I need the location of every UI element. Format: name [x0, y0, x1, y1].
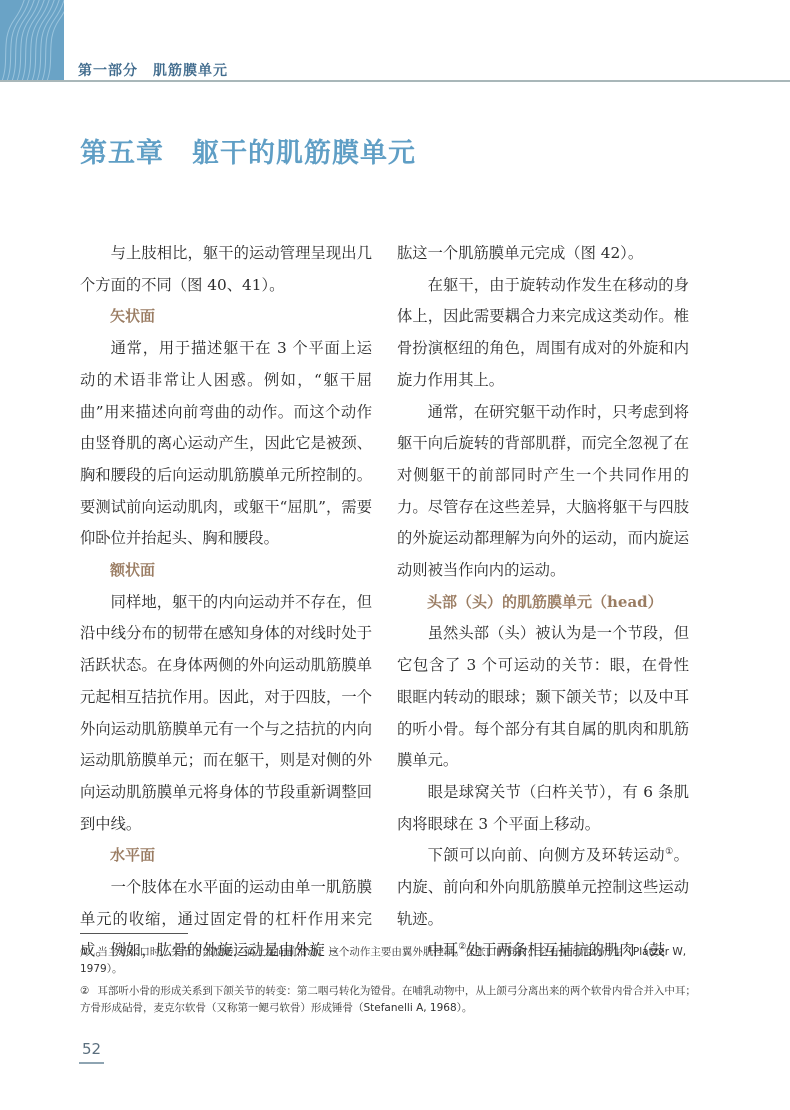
- wave-pattern-icon: [0, 0, 64, 81]
- section-heading-head: 头部（头）的肌筋膜单元（head）: [397, 587, 689, 619]
- left-column: 与上肢相比，躯干的运动管理呈现出几个方面的不同（图 40、41）。 矢状面 通常…: [80, 238, 372, 967]
- footnote-text: 当主动张口时，关节下部旋转，而上部向前滑动。这个动作主要由翼外肌控制。在张口的同…: [80, 946, 686, 975]
- paragraph: 在躯干，由于旋转动作发生在移动的身体上，因此需要耦合力来完成这类动作。椎骨扮演枢…: [397, 270, 689, 397]
- section-heading-frontal: 额状面: [80, 555, 372, 587]
- text-run: 下颌可以向前、向侧方及环转运动: [428, 846, 665, 864]
- section-heading-sagittal: 矢状面: [80, 301, 372, 333]
- paragraph: 下颌可以向前、向侧方及环转运动①。内旋、前向和外向肌筋膜单元控制这些运动轨迹。: [397, 840, 689, 935]
- footnote-2: ②耳部听小骨的形成关系到下颌关节的转变：第二咽弓转化为镫骨。在哺乳动物中，从上颌…: [80, 983, 705, 1017]
- header-rule-left: [0, 80, 64, 82]
- footnote-number: ①: [80, 946, 89, 958]
- section-heading-horizontal: 水平面: [80, 840, 372, 872]
- paragraph: 同样地，躯干的内向运动并不存在，但沿中线分布的韧带在感知身体的对线时处于活跃状态…: [80, 587, 372, 841]
- running-head: 第一部分 肌筋膜单元: [78, 60, 228, 80]
- header-rule: [64, 80, 790, 82]
- paragraph: 通常，在研究躯干动作时，只考虑到将躯干向后旋转的背部肌群，而完全忽视了在对侧躯干…: [397, 397, 689, 587]
- paragraph: 肱这一个肌筋膜单元完成（图 42）。: [397, 238, 689, 270]
- footnote-ref-1[interactable]: ①: [665, 847, 674, 857]
- footnote-1: ①当主动张口时，关节下部旋转，而上部向前滑动。这个动作主要由翼外肌控制。在张口的…: [80, 944, 705, 978]
- chapter-title: 第五章 躯干的肌筋膜单元: [80, 131, 416, 170]
- footnote-divider: [80, 933, 188, 934]
- footnotes: ①当主动张口时，关节下部旋转，而上部向前滑动。这个动作主要由翼外肌控制。在张口的…: [80, 944, 705, 1022]
- paragraph: 眼是球窝关节（臼杵关节），有 6 条肌肉将眼球在 3 个平面上移动。: [397, 777, 689, 840]
- page-number: 52: [82, 1040, 101, 1058]
- right-column: 肱这一个肌筋膜单元完成（图 42）。 在躯干，由于旋转动作发生在移动的身体上，因…: [397, 238, 689, 967]
- paragraph: 虽然头部（头）被认为是一个节段，但它包含了 3 个可运动的关节：眼，在骨性眼眶内…: [397, 618, 689, 777]
- footnote-text: 耳部听小骨的形成关系到下颌关节的转变：第二咽弓转化为镫骨。在哺乳动物中，从上颌弓…: [80, 985, 696, 1014]
- footnote-number: ②: [80, 985, 89, 997]
- paragraph: 通常，用于描述躯干在 3 个平面上运动的术语非常让人困惑。例如，“躯干屈曲”用来…: [80, 333, 372, 555]
- page-number-underline: [79, 1062, 104, 1064]
- header-decoration: [0, 0, 64, 81]
- paragraph: 与上肢相比，躯干的运动管理呈现出几个方面的不同（图 40、41）。: [80, 238, 372, 301]
